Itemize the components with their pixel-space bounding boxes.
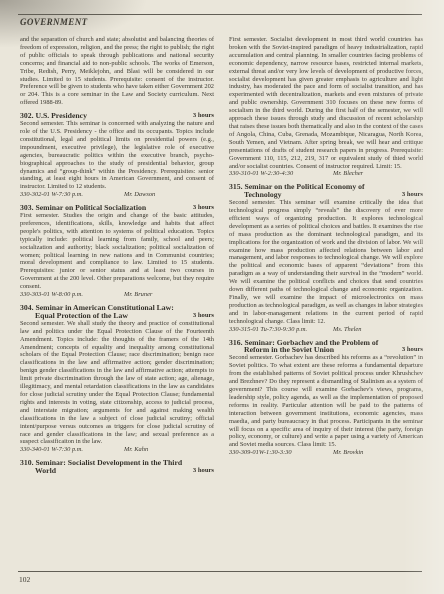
instructor-name: Mr. Brovkin (333, 449, 363, 457)
instructor-name: Mr. Bruner (124, 291, 152, 299)
instructor-name: Mr. Blecher (333, 170, 363, 178)
course-title: 310. Seminar: Socialist Development in t… (20, 459, 187, 475)
course-schedule: 330-309-01W-1:30-3:30 Mr. Brovkin (229, 449, 423, 457)
course-heading: 316. Seminar: Gorbachev and the Problem … (229, 339, 423, 355)
course-hours: 3 hours (396, 346, 423, 354)
course-title: 303. Seminar on Political Socialization (20, 204, 187, 212)
course-description: First semester. Studies the origin and c… (20, 212, 214, 291)
schedule-code-time: 330-310-01 W-2:30-4:30 (229, 170, 333, 178)
course-310-body: First semester. Socialist development in… (229, 36, 423, 178)
course-description: Second semester. This seminar is concern… (20, 120, 214, 191)
instructor-name: Mr. Dawson (124, 191, 155, 199)
course-316: 316. Seminar: Gorbachev and the Problem … (229, 339, 423, 458)
schedule-code-time: 330-303-01 W-8:00 p.m. (20, 291, 124, 299)
continuation-paragraph: and the separation of church and state; … (20, 36, 214, 107)
course-heading: 302. U.S. Presidency 3 hours (20, 112, 214, 120)
schedule-code-time: 330-302-01 W-7:30 p.m. (20, 191, 124, 199)
course-title: 304. Seminar in American Constitutional … (20, 304, 187, 320)
course-description: Second semester. We shall study the theo… (20, 320, 214, 447)
course-schedule: 330-310-01 W-2:30-4:30 Mr. Blecher (229, 170, 423, 178)
course-schedule: 330-315-01 Tu-7:30-9:30 p.m. Ms. Thelen (229, 326, 423, 334)
course-heading: 310. Seminar: Socialist Development in t… (20, 459, 214, 475)
schedule-code-time: 330-315-01 Tu-7:30-9:30 p.m. (229, 326, 333, 334)
course-hours: 3 hours (187, 312, 214, 320)
course-heading: 303. Seminar on Political Socialization … (20, 204, 214, 212)
course-description: Second semester. This seminar will exami… (229, 199, 423, 326)
course-hours: 3 hours (187, 467, 214, 475)
course-schedule: 330-302-01 W-7:30 p.m. Mr. Dawson (20, 191, 214, 199)
course-315: 315. Seminar on the Political Economy of… (229, 183, 423, 333)
schedule-code-time: 330-340-01 W-7:30 p.m. (20, 446, 124, 454)
course-303: 303. Seminar on Political Socialization … (20, 204, 214, 299)
two-column-text: and the separation of church and state; … (20, 36, 423, 475)
course-hours: 3 hours (187, 204, 214, 212)
course-hours: 3 hours (187, 112, 214, 120)
schedule-code-time: 330-309-01W-1:30-3:30 (229, 449, 333, 457)
header-rule (18, 14, 422, 15)
course-schedule: 330-340-01 W-7:30 p.m. Mr. Kahn (20, 446, 214, 454)
left-column: and the separation of church and state; … (20, 36, 214, 475)
page-header: GOVERNMENT (20, 17, 88, 27)
course-heading: 304. Seminar in American Constitutional … (20, 304, 214, 320)
page-number: 102 (19, 575, 30, 584)
catalog-page: GOVERNMENT and the separation of church … (0, 0, 444, 594)
course-title: 316. Seminar: Gorbachev and the Problem … (229, 339, 396, 355)
right-column: First semester. Socialist development in… (229, 36, 423, 475)
instructor-name: Mr. Kahn (124, 446, 148, 454)
footer-rule (18, 571, 422, 572)
course-description: Second semester. Gorbachev has described… (229, 354, 423, 449)
course-hours: 3 hours (396, 191, 423, 199)
course-title: 302. U.S. Presidency (20, 112, 187, 120)
course-310-heading: 310. Seminar: Socialist Development in t… (20, 459, 214, 475)
course-description: First semester. Socialist development in… (229, 36, 423, 170)
course-title: 315. Seminar on the Political Economy of… (229, 183, 396, 199)
course-302: 302. U.S. Presidency 3 hours Second seme… (20, 112, 214, 199)
course-heading: 315. Seminar on the Political Economy of… (229, 183, 423, 199)
instructor-name: Ms. Thelen (333, 326, 361, 334)
course-304: 304. Seminar in American Constitutional … (20, 304, 214, 454)
course-schedule: 330-303-01 W-8:00 p.m. Mr. Bruner (20, 291, 214, 299)
